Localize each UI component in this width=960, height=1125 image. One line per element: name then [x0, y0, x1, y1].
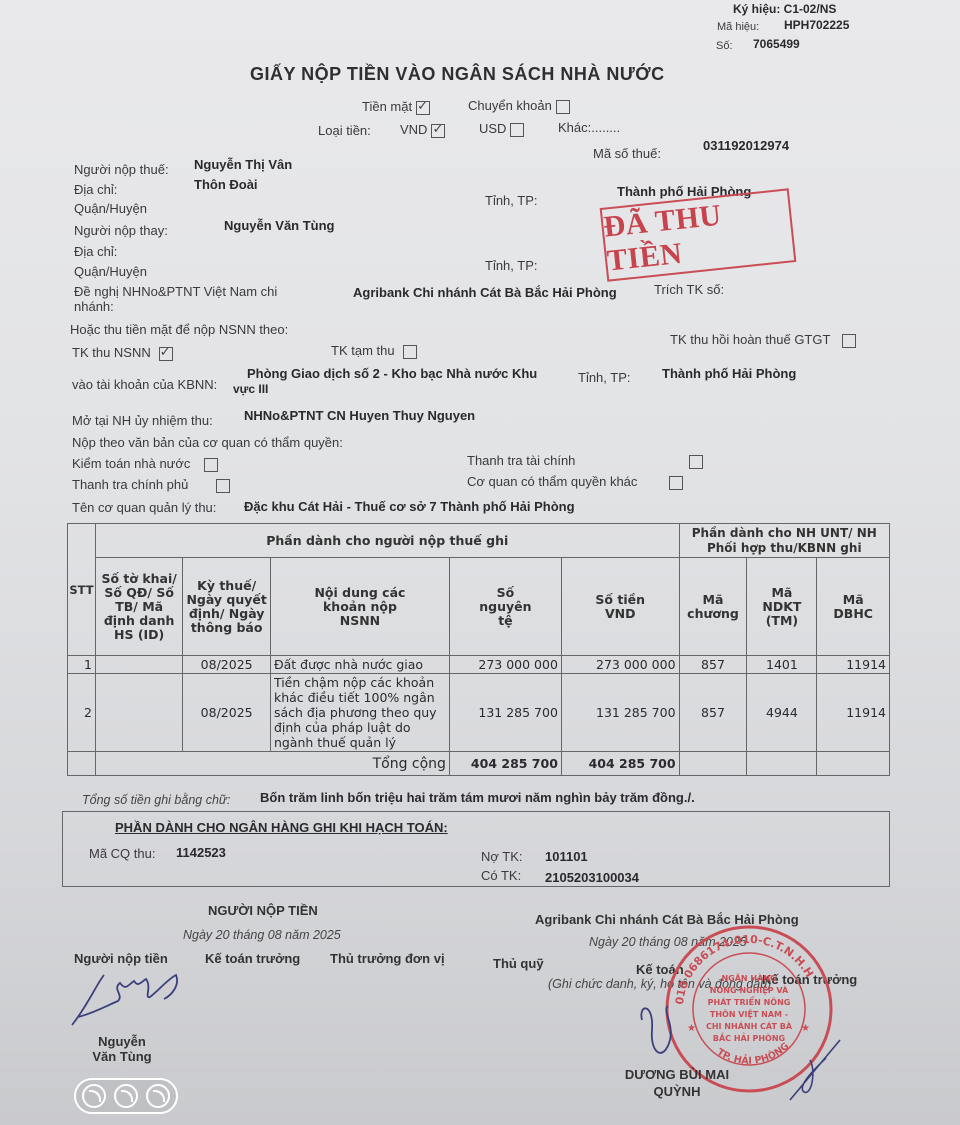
vnd-option[interactable]: VND	[400, 122, 445, 138]
form-code: HPH702225	[784, 18, 849, 32]
tk-hoan-thue-option[interactable]: TK thu hồi hoàn thuế GTGT	[670, 332, 856, 348]
loading-icon[interactable]	[146, 1084, 170, 1108]
authority-option-state-audit[interactable]: Kiểm toán nhà nước	[72, 456, 218, 472]
form-number-label: Số:	[716, 40, 733, 52]
paid-stamp: ĐÃ THU TIỀN	[600, 188, 797, 281]
table-row: 1 08/2025 Đất được nhà nước giao 273 000…	[68, 656, 890, 674]
total-row: Tổng cộng 404 285 700 404 285 700	[68, 752, 890, 776]
transfer-checkbox[interactable]	[556, 100, 570, 114]
bank-section-header: Phần dành cho NH UNT/ NH Phối hợp thu/KB…	[679, 524, 889, 558]
col-orig-amount: Số nguyên tệ	[449, 558, 561, 656]
payer-name: Nguyễn Văn Tùng	[92, 1034, 152, 1064]
authority-option-label: Kiểm toán nhà nước	[72, 456, 190, 471]
bank-request-label: Đề nghị NHNo&PTNT Việt Nam chi	[74, 284, 277, 299]
cell-chapter: 857	[679, 674, 747, 752]
viewer-controls[interactable]	[74, 1078, 178, 1114]
vnd-label: VND	[400, 122, 427, 137]
cell-orig-amount: 273 000 000	[449, 656, 561, 674]
bank-request-label-2: nhánh:	[74, 299, 114, 314]
other-currency-label: Khác:........	[558, 120, 620, 135]
proxy-district-label: Quận/Huyện	[74, 264, 147, 279]
financial-inspection-checkbox[interactable]	[689, 455, 703, 469]
payer-role: Người nộp tiền	[74, 951, 168, 966]
bank-accounting-section: PHẦN DÀNH CHO NGÂN HÀNG GHI KHI HẠCH TOÁ…	[62, 811, 890, 887]
account-label: Trích TK số:	[654, 282, 724, 297]
bank-signer-name: DƯƠNG BÙI MAI QUỲNH	[612, 1066, 742, 1100]
tk-tam-thu-label: TK tạm thu	[331, 343, 395, 358]
cell-content: Đất được nhà nước giao	[270, 656, 449, 674]
tk-thu-nsnn-label: TK thu NSNN	[72, 345, 151, 360]
chief-accountant-role: Kế toán trưởng	[205, 951, 300, 966]
taxpayer-section-header: Phần dành cho người nộp thuế ghi	[95, 524, 679, 558]
taxpayer-name-label: Người nộp thuế:	[74, 162, 169, 177]
debit-account: 101101	[545, 849, 588, 864]
cell-stt: 1	[68, 656, 96, 674]
taxpayer-province-label: Tỉnh, TP:	[485, 193, 538, 208]
collection-bank: NHNo&PTNT CN Huyen Thuy Nguyen	[244, 408, 475, 423]
tk-thu-nsnn-option[interactable]: TK thu NSNN	[72, 345, 173, 361]
tk-hoan-thue-label: TK thu hồi hoàn thuế GTGT	[670, 332, 830, 347]
col-chapter: Mã chương	[679, 558, 747, 656]
authority-option-label: Cơ quan có thẩm quyền khác	[467, 474, 637, 489]
cell-content: Tiền chậm nộp các khoản khác điều tiết 1…	[270, 674, 449, 752]
vnd-checkbox[interactable]	[431, 124, 445, 138]
agency-label: Tên cơ quan quản lý thu:	[72, 500, 216, 515]
cashier-role: Thủ quỹ	[493, 956, 544, 971]
cell-chapter: 857	[679, 656, 747, 674]
treasury-label: vào tài khoản của KBNN:	[72, 377, 217, 392]
treasury-name-2: vực III	[233, 382, 268, 396]
col-dbhc: Mã DBHC	[817, 558, 890, 656]
cq-label: Mã CQ thu:	[89, 846, 155, 861]
usd-checkbox[interactable]	[510, 123, 524, 137]
svg-text:NGÂN HÀNG: NGÂN HÀNG	[721, 972, 776, 983]
amount-words: Bốn trăm linh bốn triệu hai trăm tám mươ…	[260, 790, 695, 805]
col-stt: STT	[68, 524, 96, 656]
currency-label: Loại tiền:	[318, 123, 371, 138]
proxy-name: Nguyễn Văn Tùng	[224, 218, 335, 233]
cash-checkbox[interactable]	[416, 101, 430, 115]
page-title: GIẤY NỘP TIỀN VÀO NGÂN SÁCH NHÀ NƯỚC	[250, 64, 665, 85]
unit-head-role: Thủ trưởng đơn vị	[330, 951, 445, 966]
authority-option-gov-inspection[interactable]: Thanh tra chính phủ	[72, 477, 230, 493]
cell-dbhc: 11914	[817, 674, 890, 752]
state-audit-checkbox[interactable]	[204, 458, 218, 472]
cell-period: 08/2025	[183, 674, 271, 752]
usd-option[interactable]: USD	[479, 121, 524, 137]
total-orig-amount: 404 285 700	[449, 752, 561, 776]
col-doc-no: Số tờ khai/ Số QĐ/ Số TB/ Mã định danh H…	[95, 558, 182, 656]
proxy-province-label: Tỉnh, TP:	[485, 258, 538, 273]
authority-label: Nộp theo văn bản của cơ quan có thẩm quy…	[72, 435, 343, 450]
taxpayer-address-label: Địa chỉ:	[74, 182, 117, 197]
proxy-name-label: Người nộp thay:	[74, 223, 168, 238]
cell-stt: 2	[68, 674, 96, 752]
other-authority-checkbox[interactable]	[669, 476, 683, 490]
taxpayer-address: Thôn Đoài	[194, 177, 258, 192]
agency: Đặc khu Cát Hải - Thuế cơ sở 7 Thành phố…	[244, 499, 575, 514]
cell-ndkt: 1401	[747, 656, 817, 674]
payer-date: Ngày 20 tháng 08 năm 2025	[183, 928, 341, 942]
cash-collection-label: Hoặc thu tiền mặt để nộp NSNN theo:	[70, 322, 288, 337]
col-period: Kỳ thuế/ Ngày quyết định/ Ngày thông báo	[183, 558, 271, 656]
loading-icon[interactable]	[114, 1084, 138, 1108]
tk-thu-nsnn-checkbox[interactable]	[159, 347, 173, 361]
total-label: Tổng cộng	[95, 752, 449, 776]
cash-label: Tiền mặt	[362, 99, 412, 114]
cell-ndkt: 4944	[747, 674, 817, 752]
credit-account: 2105203100034	[545, 870, 639, 885]
cash-option[interactable]: Tiền mặt	[362, 99, 430, 115]
collection-bank-label: Mở tại NH ủy nhiệm thu:	[72, 413, 213, 428]
paid-stamp-text: ĐÃ THU TIỀN	[602, 191, 794, 278]
bank-section-title: PHẦN DÀNH CHO NGÂN HÀNG GHI KHI HẠCH TOÁ…	[115, 820, 448, 835]
transfer-option[interactable]: Chuyển khoản	[468, 98, 570, 114]
tk-hoan-thue-checkbox[interactable]	[842, 334, 856, 348]
authority-option-label: Thanh tra tài chính	[467, 453, 575, 468]
treasury-name: Phòng Giao dịch số 2 - Kho bạc Nhà nước …	[247, 366, 537, 381]
cell-period: 08/2025	[183, 656, 271, 674]
svg-text:NÔNG NGHIỆP VÀ: NÔNG NGHIỆP VÀ	[710, 984, 789, 995]
requested-bank: Agribank Chi nhánh Cát Bà Bắc Hải Phòng	[353, 285, 617, 300]
payer-title: NGƯỜI NỘP TIỀN	[208, 903, 318, 918]
cell-dbhc: 11914	[817, 656, 890, 674]
cell-vnd-amount: 273 000 000	[561, 656, 679, 674]
tax-code-label: Mã số thuế:	[593, 146, 661, 161]
usd-label: USD	[479, 121, 506, 136]
authority-option-financial-inspection[interactable]: Thanh tra tài chính	[467, 453, 703, 469]
form-symbol: Ký hiệu: C1-02/NS	[733, 2, 836, 16]
gov-inspection-checkbox[interactable]	[216, 479, 230, 493]
proxy-address-label: Địa chỉ:	[74, 244, 117, 259]
amount-words-label: Tổng số tiền ghi bằng chữ:	[82, 793, 230, 807]
cell-doc-no	[95, 656, 182, 674]
tk-tam-thu-option[interactable]: TK tạm thu	[331, 343, 417, 359]
taxpayer-name: Nguyễn Thị Vân	[194, 157, 292, 172]
tax-code: 031192012974	[703, 138, 789, 153]
transfer-label: Chuyển khoản	[468, 98, 552, 113]
treasury-province-label: Tỉnh, TP:	[578, 370, 631, 385]
taxpayer-district-label: Quận/Huyện	[74, 201, 147, 216]
tk-tam-thu-checkbox[interactable]	[403, 345, 417, 359]
cell-orig-amount: 131 285 700	[449, 674, 561, 752]
cell-vnd-amount: 131 285 700	[561, 674, 679, 752]
payment-table: STT Phần dành cho người nộp thuế ghi Phầ…	[67, 523, 890, 776]
table-row: 2 08/2025 Tiền chậm nộp các khoản khác đ…	[68, 674, 890, 752]
cell-doc-no	[95, 674, 182, 752]
cq-value: 1142523	[176, 845, 226, 860]
form-code-label: Mã hiệu:	[717, 21, 759, 33]
credit-label: Có TK:	[481, 868, 521, 883]
form-number: 7065499	[753, 37, 800, 51]
col-ndkt: Mã NDKT (TM)	[747, 558, 817, 656]
authority-option-other[interactable]: Cơ quan có thẩm quyền khác	[467, 474, 683, 490]
payer-signature	[68, 965, 188, 1035]
col-content: Nội dung các khoản nộp NSNN	[270, 558, 449, 656]
loading-icon[interactable]	[82, 1084, 106, 1108]
authority-option-label: Thanh tra chính phủ	[72, 477, 188, 492]
treasury-province: Thành phố Hải Phòng	[662, 366, 796, 381]
debit-label: Nợ TK:	[481, 849, 523, 864]
document-page: Ký hiệu: C1-02/NS Mã hiệu: HPH702225 Số:…	[0, 0, 960, 1125]
total-vnd-amount: 404 285 700	[561, 752, 679, 776]
col-vnd-amount: Số tiền VND	[561, 558, 679, 656]
